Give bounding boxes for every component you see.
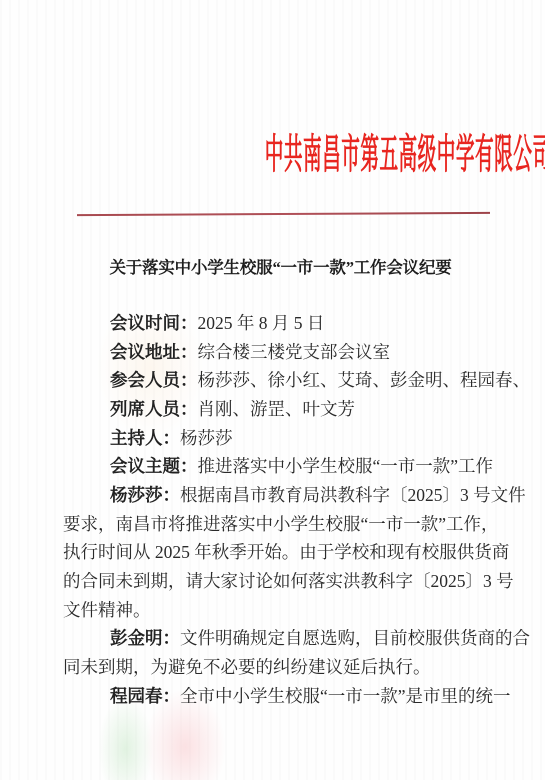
line-text: 综合楼三楼党支部会议室 (198, 342, 391, 362)
line-text: 根据南昌市教育局洪教科字〔2025〕3 号文件 (180, 485, 526, 505)
document-line: 会议主题：推进落实中小学生校服“一市一款”工作 (63, 452, 499, 481)
line-text: 肖刚、游罡、叶文芳 (198, 399, 356, 419)
line-text: 执行时间从 2025 年秋季开始。由于学校和现有校服供货商 (63, 542, 509, 562)
line-text: 的合同未到期，请大家讨论如何落实洪教科字〔2025〕3 号 (63, 571, 514, 591)
line-text: 同未到期，为避免不必要的纠纷建议延后执行。 (63, 657, 431, 677)
document-line: 列席人员：肖刚、游罡、叶文芳 (63, 395, 499, 424)
line-label: 程园春： (110, 686, 180, 706)
line-text: 要求，南昌市将推进落实中小学生校服“一市一款”工作， (63, 514, 499, 534)
line-text: 2025 年 8 月 5 日 (198, 313, 325, 333)
line-label: 会议主题： (110, 456, 198, 476)
document-page: 中共南昌市第五高级中学有限公司支部委员会文件 关于落实中小学生校服“一市一款”工… (0, 0, 545, 780)
document-body: 会议时间：2025 年 8 月 5 日会议地址：综合楼三楼党支部会议室参会人员：… (63, 309, 499, 710)
document-line: 主持人：杨莎莎 (63, 424, 499, 453)
line-label: 主持人： (110, 428, 180, 448)
line-label: 参会人员： (110, 370, 198, 390)
document-title: 关于落实中小学生校服“一市一款”工作会议纪要 (0, 254, 545, 278)
line-text: 推进落实中小学生校服“一市一款”工作 (198, 456, 494, 476)
document-line: 同未到期，为避免不必要的纠纷建议延后执行。 (63, 653, 499, 682)
line-text: 杨莎莎 (180, 428, 233, 448)
line-label: 彭金明： (110, 628, 180, 648)
document-line: 彭金明：文件明确规定自愿选购，目前校服供货商的合 (63, 624, 499, 653)
document-line: 杨莎莎：根据南昌市教育局洪教科字〔2025〕3 号文件 (63, 481, 499, 510)
document-line: 执行时间从 2025 年秋季开始。由于学校和现有校服供货商 (63, 538, 499, 567)
document-org-header: 中共南昌市第五高级中学有限公司支部委员会文件 (0, 130, 545, 178)
document-line: 程园春：全市中小学生校服“一市一款”是市里的统一 (63, 682, 499, 711)
line-label: 会议地址： (110, 342, 198, 362)
line-text: 文件明确规定自愿选购，目前校服供货商的合 (180, 628, 530, 648)
document-line: 参会人员：杨莎莎、徐小红、艾琦、彭金明、程园春、 (63, 366, 499, 395)
document-line: 文件精神。 (63, 596, 499, 625)
document-org-header-text: 中共南昌市第五高级中学有限公司支部委员会文件 (265, 130, 545, 178)
document-line: 会议地址：综合楼三楼党支部会议室 (63, 338, 499, 367)
document-line: 的合同未到期，请大家讨论如何落实洪教科字〔2025〕3 号 (63, 567, 499, 596)
line-label: 列席人员： (110, 399, 198, 419)
line-text: 文件精神。 (63, 600, 151, 620)
line-label: 杨莎莎： (110, 485, 180, 505)
line-text: 杨莎莎、徐小红、艾琦、彭金明、程园春、 (198, 370, 531, 390)
document-line: 要求，南昌市将推进落实中小学生校服“一市一款”工作， (63, 510, 499, 539)
document-line: 会议时间：2025 年 8 月 5 日 (63, 309, 499, 338)
line-text: 全市中小学生校服“一市一款”是市里的统一 (180, 686, 511, 706)
line-label: 会议时间： (110, 313, 198, 333)
red-separator-line (77, 212, 490, 216)
